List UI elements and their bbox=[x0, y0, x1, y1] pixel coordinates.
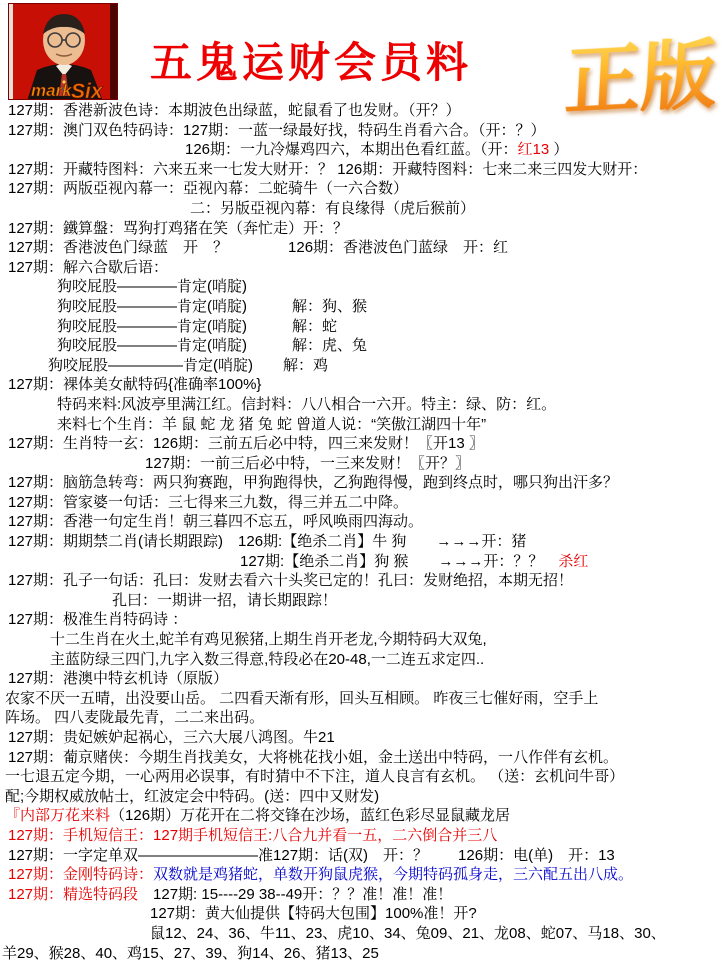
text-segment: 狗咬屁股————肯定(哨腚) bbox=[57, 278, 247, 295]
text-segment: 127期：管家婆一句话：三七得来三九数，得三并五二中降。 bbox=[8, 494, 408, 511]
text-segment: 127期：精选特码段 bbox=[8, 886, 138, 903]
text-segment: 一七退五定今期，一心两用必误事，有时猜中不下注，道人良言有玄机。 （送：玄机问牛… bbox=[5, 768, 624, 785]
text-line: 配;今期权威放帖士，红波定会中特码。(送：四中又财发) bbox=[0, 787, 725, 807]
text-line: 127期：鐵算盤：骂狗打鸡猪在笑（奔忙走）开：？ bbox=[0, 219, 725, 239]
text-line: 二：另版亞视內幕：有良缘得（虎后猴前） bbox=[0, 199, 725, 219]
text-segment: 红13 bbox=[518, 141, 550, 158]
text-line: 127期：香港波色门绿蓝 开 ？ 126期：香港波色门蓝绿 开：红 bbox=[0, 238, 725, 258]
text-segment: 127期：一前三后必中特，一三来发财！〖开？〗 bbox=[145, 455, 470, 472]
text-line: 狗咬屁股—————肯定(哨腚) 解：鸡 bbox=[0, 356, 725, 376]
photo-caption-six: Six bbox=[71, 80, 104, 100]
text-segment: 狗咬屁股—————肯定(哨腚) 解：鸡 bbox=[48, 357, 328, 374]
text-segment: 127期：裸体美女献特码{准确率100%} bbox=[8, 376, 261, 393]
text-line: 127期：生肖特一玄：126期：三前五后必中特，四三来发财！〖开13 〗 bbox=[0, 434, 725, 454]
text-segment: 127期：两版亞视內幕一：亞视內幕：二蛇骑牛（一六合数） bbox=[8, 180, 408, 197]
text-line: 狗咬屁股————肯定(哨腚) 解：蛇 bbox=[0, 317, 725, 337]
text-line: 127期：裸体美女献特码{准确率100%} bbox=[0, 375, 725, 395]
text-segment: 127期：香港波色门绿蓝 开 ？ 126期：香港波色门蓝绿 开：红 bbox=[8, 239, 508, 256]
text-segment: 127期：期期禁二肖(请长期跟踪) 126期:【绝杀二肖】牛 狗 →→→开：猪 bbox=[8, 533, 526, 550]
text-line: 127期：一前三后必中特，一三来发财！〖开？〗 bbox=[0, 454, 725, 474]
text-segment: 狗咬屁股————肯定(哨腚) 解：狗、猴 bbox=[57, 298, 367, 315]
text-line: 127期：脑筋急转弯：两只狗赛跑，甲狗跑得快，乙狗跑得慢，跑到终点时，哪只狗出汗… bbox=[0, 473, 725, 493]
text-segment: ） bbox=[549, 141, 568, 158]
text-line: 127期：黄大仙提供【特码大包围】100%准！开? bbox=[0, 904, 725, 924]
text-line: 127期：香港一句定生肖！朝三暮四不忘五，呼风唤雨四海动。 bbox=[0, 512, 725, 532]
text-line: 狗咬屁股————肯定(哨腚) bbox=[0, 277, 725, 297]
text-line: 狗咬屁股————肯定(哨腚) 解：狗、猴 bbox=[0, 297, 725, 317]
text-line: 127期：极准生肖特码诗 ： bbox=[0, 610, 725, 630]
text-segment: 杀红 bbox=[558, 553, 588, 570]
text-segment: 来料七个生肖：羊 鼠 蛇 龙 猪 兔 蛇 曾道人说：“笑傲江湖四十年” bbox=[57, 416, 486, 433]
text-segment: 127期：一字定单双————————准127期：话(双) 开：？ 126期：电(… bbox=[8, 847, 615, 864]
text-line: 127期：期期禁二肖(请长期跟踪) 126期:【绝杀二肖】牛 狗 →→→开：猪 bbox=[0, 532, 725, 552]
text-segment: 双数就是鸡猪蛇，单数开狗鼠虎猴，今期特码孤身走，三六配五出八成。 bbox=[153, 866, 633, 883]
text-segment: 农家不厌一五晴，出没要山岳。 二四看天渐有形，回头互相顾。 昨夜三七催好雨，空手… bbox=[5, 690, 598, 707]
text-segment: 羊29、猴28、40、鸡15、27、39、狗14、26、猪13、25 bbox=[2, 945, 379, 962]
text-segment: 127期：贵妃嫉妒起祸心，三六大展八鸿图。牛21 bbox=[8, 729, 335, 746]
text-line: 127期：葡京赌侠：今期生肖找美女，大将桃花找小姐，金土送出中特码，一八作伴有玄… bbox=[0, 748, 725, 768]
text-segment: 127期：孔子一句话：孔曰：发财去看六十头奖已定的！孔曰：发财绝招，本期无招！ bbox=[8, 572, 573, 589]
text-line: 阵场。 四八麦陇最先青，二二来出码。 bbox=[0, 708, 725, 728]
text-segment: 阵场。 四八麦陇最先青，二二来出码。 bbox=[5, 709, 264, 726]
tip-sheet-page: mark Six 五鬼运财会员料 正版 127期：香港新波色诗：本期波色出绿蓝，… bbox=[0, 0, 725, 969]
text-line: 来料七个生肖：羊 鼠 蛇 龙 猪 兔 蛇 曾道人说：“笑傲江湖四十年” bbox=[0, 415, 725, 435]
text-segment: 127期:【绝杀二肖】狗 猴 →→→开：？？ bbox=[240, 553, 558, 570]
portrait-illustration: mark Six bbox=[9, 4, 118, 100]
text-line: 羊29、猴28、40、鸡15、27、39、狗14、26、猪13、25 bbox=[0, 944, 725, 964]
text-line: 孔曰：一期讲一招，请长期跟踪！ bbox=[0, 591, 725, 611]
text-segment: 127期：澳门双色特码诗：127期：一蓝一绿最好找，特码生肖看六合。（开：？） bbox=[8, 122, 546, 139]
text-segment: 二：另版亞视內幕：有良缘得（虎后猴前） bbox=[190, 200, 475, 217]
text-line: 127期：孔子一句话：孔曰：发财去看六十头奖已定的！孔曰：发财绝招，本期无招！ bbox=[0, 571, 725, 591]
text-segment: 127期：黄大仙提供【特码大包围】100%准！开? bbox=[150, 905, 477, 922]
text-segment: 主蓝防绿三四门,九字入数三得意,特段必在20-48,一二连五求定四.. bbox=[50, 651, 484, 668]
text-line: 特码来料:风波亭里满江红。信封料：八八相合一六开。特主：绿、防：红。 bbox=[0, 395, 725, 415]
text-segment: 127期：香港新波色诗：本期波色出绿蓝，蛇鼠看了也发财。（开？） bbox=[8, 102, 461, 119]
text-segment: 配;今期权威放帖士，红波定会中特码。(送：四中又财发) bbox=[5, 788, 379, 805]
text-line: 127期：精选特码段 127期: 15----29 38--49开：？？准！准！… bbox=[0, 885, 725, 905]
photo-caption-mark: mark bbox=[31, 81, 73, 100]
text-segment: 127期：解六合歇后语： bbox=[8, 259, 168, 276]
text-line: 127期：澳门双色特码诗：127期：一蓝一绿最好找，特码生肖看六合。（开：？） bbox=[0, 121, 725, 141]
text-line: 鼠12、24、36、牛11、23、虎10、34、兔09、21、龙08、蛇07、马… bbox=[0, 924, 725, 944]
text-segment: 狗咬屁股————肯定(哨腚) 解：虎、兔 bbox=[57, 337, 367, 354]
text-segment: 127期：鐵算盤：骂狗打鸡猪在笑（奔忙走）开：？ bbox=[8, 220, 348, 237]
content-lines: 127期：香港新波色诗：本期波色出绿蓝，蛇鼠看了也发财。（开？）127期：澳门双… bbox=[0, 101, 725, 963]
text-line: 狗咬屁股————肯定(哨腚) 解：虎、兔 bbox=[0, 336, 725, 356]
text-segment: 127期：生肖特一玄：126期：三前五后必中特，四三来发财！〖开13 〗 bbox=[8, 435, 484, 452]
text-segment: 狗咬屁股————肯定(哨腚) 解：蛇 bbox=[57, 318, 337, 335]
text-line: 一七退五定今期，一心两用必误事，有时猜中不下注，道人良言有玄机。 （送：玄机问牛… bbox=[0, 767, 725, 787]
text-segment: 126期：一九冷爆鸡四六，本期出色看红蓝。（开： bbox=[185, 141, 518, 158]
text-line: 127期：解六合歇后语： bbox=[0, 258, 725, 278]
text-line: 127期：港澳中特玄机诗（原版） bbox=[0, 669, 725, 689]
text-segment: 鼠12、24、36、牛11、23、虎10、34、兔09、21、龙08、蛇07、马… bbox=[150, 925, 666, 942]
text-segment: 127期：葡京赌侠：今期生肖找美女，大将桃花找小姐，金土送出中特码，一八作伴有玄… bbox=[8, 749, 618, 766]
text-line: 127期：手机短信王：127期手机短信王:八合九并看一五，二六倒合并三八 bbox=[0, 826, 725, 846]
portrait-photo: mark Six bbox=[8, 3, 118, 100]
text-line: 『内部万花来料（126期）万花开在二将交锋在沙场，蓝红色彩尽显鼠藏龙居 bbox=[0, 806, 725, 826]
text-segment: （126期）万花开在二将交锋在沙场，蓝红色彩尽显鼠藏龙居 bbox=[110, 807, 510, 824]
text-line: 127期：开藏特图料：六来五来一七发大财开：？ 126期：开藏特图料：七来二来三… bbox=[0, 160, 725, 180]
text-segment: 特码来料:风波亭里满江红。信封料：八八相合一六开。特主：绿、防：红。 bbox=[57, 396, 556, 413]
text-segment: 127期：香港一句定生肖！朝三暮四不忘五，呼风唤雨四海动。 bbox=[8, 513, 423, 530]
text-line: 农家不厌一五晴，出没要山岳。 二四看天渐有形，回头互相顾。 昨夜三七催好雨，空手… bbox=[0, 689, 725, 709]
text-segment: 127期：手机短信王：127期手机短信王:八合九并看一五，二六倒合并三八 bbox=[8, 827, 497, 844]
text-segment: 127期：极准生肖特码诗 ： bbox=[8, 611, 187, 628]
text-segment: 127期：港澳中特玄机诗（原版） bbox=[8, 670, 228, 687]
text-segment: 孔曰：一期讲一招，请长期跟踪！ bbox=[112, 592, 337, 609]
text-line: 127期：金刚特码诗：双数就是鸡猪蛇，单数开狗鼠虎猴，今期特码孤身走，三六配五出… bbox=[0, 865, 725, 885]
page-title: 五鬼运财会员料 bbox=[150, 30, 472, 90]
text-line: 127期:【绝杀二肖】狗 猴 →→→开：？？ 杀红 bbox=[0, 552, 725, 572]
text-segment: 127期：开藏特图料：六来五来一七发大财开：？ 126期：开藏特图料：七来二来三… bbox=[8, 161, 647, 178]
text-line: 127期：香港新波色诗：本期波色出绿蓝，蛇鼠看了也发财。（开？） bbox=[0, 101, 725, 121]
text-line: 127期：贵妃嫉妒起祸心，三六大展八鸿图。牛21 bbox=[0, 728, 725, 748]
text-line: 127期：两版亞视內幕一：亞视內幕：二蛇骑牛（一六合数） bbox=[0, 179, 725, 199]
text-line: 主蓝防绿三四门,九字入数三得意,特段必在20-48,一二连五求定四.. bbox=[0, 650, 725, 670]
text-line: 126期：一九冷爆鸡四六，本期出色看红蓝。（开：红13 ） bbox=[0, 140, 725, 160]
text-segment: 『内部万花来料 bbox=[5, 807, 110, 824]
text-line: 十二生肖在火土,蛇羊有鸡见猴猪,上期生肖开老龙,今期特码大双兔, bbox=[0, 630, 725, 650]
text-segment: 十二生肖在火土,蛇羊有鸡见猴猪,上期生肖开老龙,今期特码大双兔, bbox=[50, 631, 487, 648]
text-segment: 127期: 15----29 38--49开：？？准！准！准！ bbox=[138, 886, 452, 903]
text-segment: 127期：金刚特码诗： bbox=[8, 866, 153, 883]
text-segment: 127期：脑筋急转弯：两只狗赛跑，甲狗跑得快，乙狗跑得慢，跑到终点时，哪只狗出汗… bbox=[8, 474, 618, 491]
text-line: 127期：一字定单双————————准127期：话(双) 开：？ 126期：电(… bbox=[0, 846, 725, 866]
text-line: 127期：管家婆一句话：三七得来三九数，得三并五二中降。 bbox=[0, 493, 725, 513]
